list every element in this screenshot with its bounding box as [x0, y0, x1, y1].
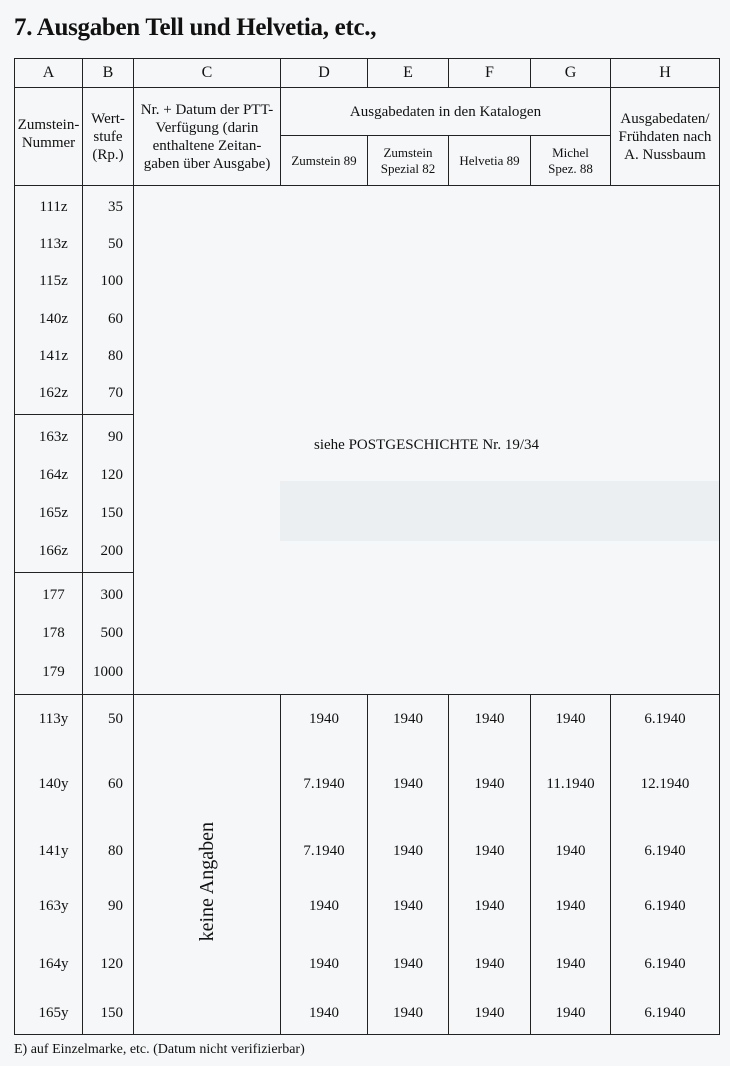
lower-data-row: 141y807.19401940194019406.1940: [15, 825, 720, 877]
group-nr-cell: 163z164z165z166z: [15, 415, 83, 573]
date-e-cell: 1940: [368, 743, 449, 825]
wertstufe: 100: [83, 272, 133, 290]
c-note-cell: keine Angaben: [134, 695, 281, 1035]
wertstufe: 60: [83, 310, 133, 328]
zumstein-nr: 164z: [15, 466, 82, 484]
zumstein-nr-cell: 113y: [15, 695, 83, 743]
date-d-cell: 7.1940: [281, 743, 368, 825]
zumstein-nr: 115z: [15, 272, 82, 290]
zumstein-nr: 162z: [15, 384, 82, 402]
col-letter-e: E: [368, 59, 449, 88]
wertstufe: 300: [83, 586, 133, 604]
zumstein-nr: 166z: [15, 542, 82, 560]
wertstufe: 50: [83, 235, 133, 253]
col-letter-f: F: [449, 59, 531, 88]
date-f-cell: 1940: [449, 743, 531, 825]
group-wert-cell: 3005001000: [83, 573, 134, 695]
wertstufe: 500: [83, 624, 133, 642]
header-zumstein-nummer: Zumstein-Nummer: [15, 88, 83, 186]
date-h-cell: 6.1940: [611, 695, 720, 743]
zumstein-nr: 165z: [15, 504, 82, 522]
wertstufe-cell: 90: [83, 877, 134, 935]
zumstein-nr: 111z: [15, 198, 82, 216]
footnote: E) auf Einzelmarke, etc. (Datum nicht ve…: [14, 1042, 305, 1058]
zumstein-nr: 178: [15, 624, 82, 642]
column-letter-row: A B C D E F G H: [15, 59, 720, 88]
issues-table: A B C D E F G H Zumstein-Nummer Wert-stu…: [14, 58, 720, 1035]
date-e-cell: 1940: [368, 825, 449, 877]
group-nr-cell: 177178179: [15, 573, 83, 695]
date-g-cell: 11.1940: [531, 743, 611, 825]
header-zumstein-89: Zumstein 89: [281, 136, 368, 186]
date-d-cell: 1940: [281, 877, 368, 935]
header-h-text: Ausgabedaten/ Frühdaten nach A. Nussbaum: [615, 110, 715, 164]
header-a-text: Zumstein-Nummer: [17, 116, 81, 152]
col-letter-h: H: [611, 59, 720, 88]
wertstufe: 120: [83, 466, 133, 484]
date-g-cell: 1940: [531, 695, 611, 743]
header-zumstein-spezial-82: Zumstein Spezial 82: [368, 136, 449, 186]
wertstufe-cell: 150: [83, 993, 134, 1035]
date-g-cell: 1940: [531, 993, 611, 1035]
group-wert-cell: 3550100608070: [83, 186, 134, 415]
zumstein-nr-cell: 141y: [15, 825, 83, 877]
header-catalog-group: Ausgabedaten in den Katalogen: [281, 88, 611, 136]
wertstufe: 90: [83, 428, 133, 446]
date-f-cell: 1940: [449, 695, 531, 743]
header-row-1: Zumstein-Nummer Wert-stufe (Rp.) Nr. + D…: [15, 88, 720, 136]
date-d-cell: 1940: [281, 695, 368, 743]
zumstein-nr-cell: 165y: [15, 993, 83, 1035]
date-f-cell: 1940: [449, 877, 531, 935]
date-e-cell: 1940: [368, 935, 449, 993]
date-f-cell: 1940: [449, 825, 531, 877]
header-b-text: Wert-stufe (Rp.): [86, 110, 130, 164]
date-g-cell: 1940: [531, 935, 611, 993]
header-e-text: Zumstein Spezial 82: [376, 145, 440, 176]
wertstufe: 35: [83, 198, 133, 216]
header-michel-spez-88: Michel Spez. 88: [531, 136, 611, 186]
col-letter-a: A: [15, 59, 83, 88]
lower-data-row: 163y9019401940194019406.1940: [15, 877, 720, 935]
date-h-cell: 12.1940: [611, 743, 720, 825]
wertstufe: 70: [83, 384, 133, 402]
date-h-cell: 6.1940: [611, 825, 720, 877]
zumstein-nr: 141z: [15, 347, 82, 365]
date-d-cell: 1940: [281, 935, 368, 993]
header-nussbaum: Ausgabedaten/ Frühdaten nach A. Nussbaum: [611, 88, 720, 186]
header-ptt-verfuegung: Nr. + Datum der PTT-Verfügung (darin ent…: [134, 88, 281, 186]
keine-angaben-label: keine Angaben: [195, 822, 219, 941]
zumstein-nr-cell: 140y: [15, 743, 83, 825]
date-h-cell: 6.1940: [611, 877, 720, 935]
wertstufe-cell: 60: [83, 743, 134, 825]
date-e-cell: 1940: [368, 695, 449, 743]
date-f-cell: 1940: [449, 993, 531, 1035]
upper-group-row: 111z113z115z140z141z162z3550100608070sie…: [15, 186, 720, 415]
lower-data-row: 164y12019401940194019406.1940: [15, 935, 720, 993]
col-letter-d: D: [281, 59, 368, 88]
lower-data-row: 140y607.19401940194011.194012.1940: [15, 743, 720, 825]
reference-note: siehe POSTGESCHICHTE Nr. 19/34: [134, 436, 719, 454]
zumstein-nr: 179: [15, 663, 82, 681]
col-letter-g: G: [531, 59, 611, 88]
wertstufe-cell: 120: [83, 935, 134, 993]
date-f-cell: 1940: [449, 935, 531, 993]
date-h-cell: 6.1940: [611, 993, 720, 1035]
header-c-text: Nr. + Datum der PTT-Verfügung (darin ent…: [139, 101, 275, 173]
reference-note-cell: siehe POSTGESCHICHTE Nr. 19/34: [134, 186, 720, 695]
zumstein-nr: 140z: [15, 310, 82, 328]
wertstufe: 200: [83, 542, 133, 560]
date-d-cell: 7.1940: [281, 825, 368, 877]
zumstein-nr: 113z: [15, 235, 82, 253]
wertstufe: 80: [83, 347, 133, 365]
lower-data-row: 165y15019401940194019406.1940: [15, 993, 720, 1035]
date-e-cell: 1940: [368, 993, 449, 1035]
wertstufe: 1000: [83, 663, 133, 681]
group-wert-cell: 90120150200: [83, 415, 134, 573]
zumstein-nr: 163z: [15, 428, 82, 446]
date-g-cell: 1940: [531, 825, 611, 877]
date-h-cell: 6.1940: [611, 935, 720, 993]
header-g-text: Michel Spez. 88: [546, 145, 596, 176]
header-wertstufe: Wert-stufe (Rp.): [83, 88, 134, 186]
wertstufe-cell: 80: [83, 825, 134, 877]
page-title: 7. Ausgaben Tell und Helvetia, etc.,: [14, 14, 376, 42]
zumstein-nr: 177: [15, 586, 82, 604]
zumstein-nr-cell: 163y: [15, 877, 83, 935]
lower-data-row: 113y50keine Angaben19401940194019406.194…: [15, 695, 720, 743]
group-nr-cell: 111z113z115z140z141z162z: [15, 186, 83, 415]
col-letter-c: C: [134, 59, 281, 88]
wertstufe: 150: [83, 504, 133, 522]
wertstufe-cell: 50: [83, 695, 134, 743]
zumstein-nr-cell: 164y: [15, 935, 83, 993]
header-helvetia-89: Helvetia 89: [449, 136, 531, 186]
col-letter-b: B: [83, 59, 134, 88]
date-g-cell: 1940: [531, 877, 611, 935]
date-d-cell: 1940: [281, 993, 368, 1035]
date-e-cell: 1940: [368, 877, 449, 935]
